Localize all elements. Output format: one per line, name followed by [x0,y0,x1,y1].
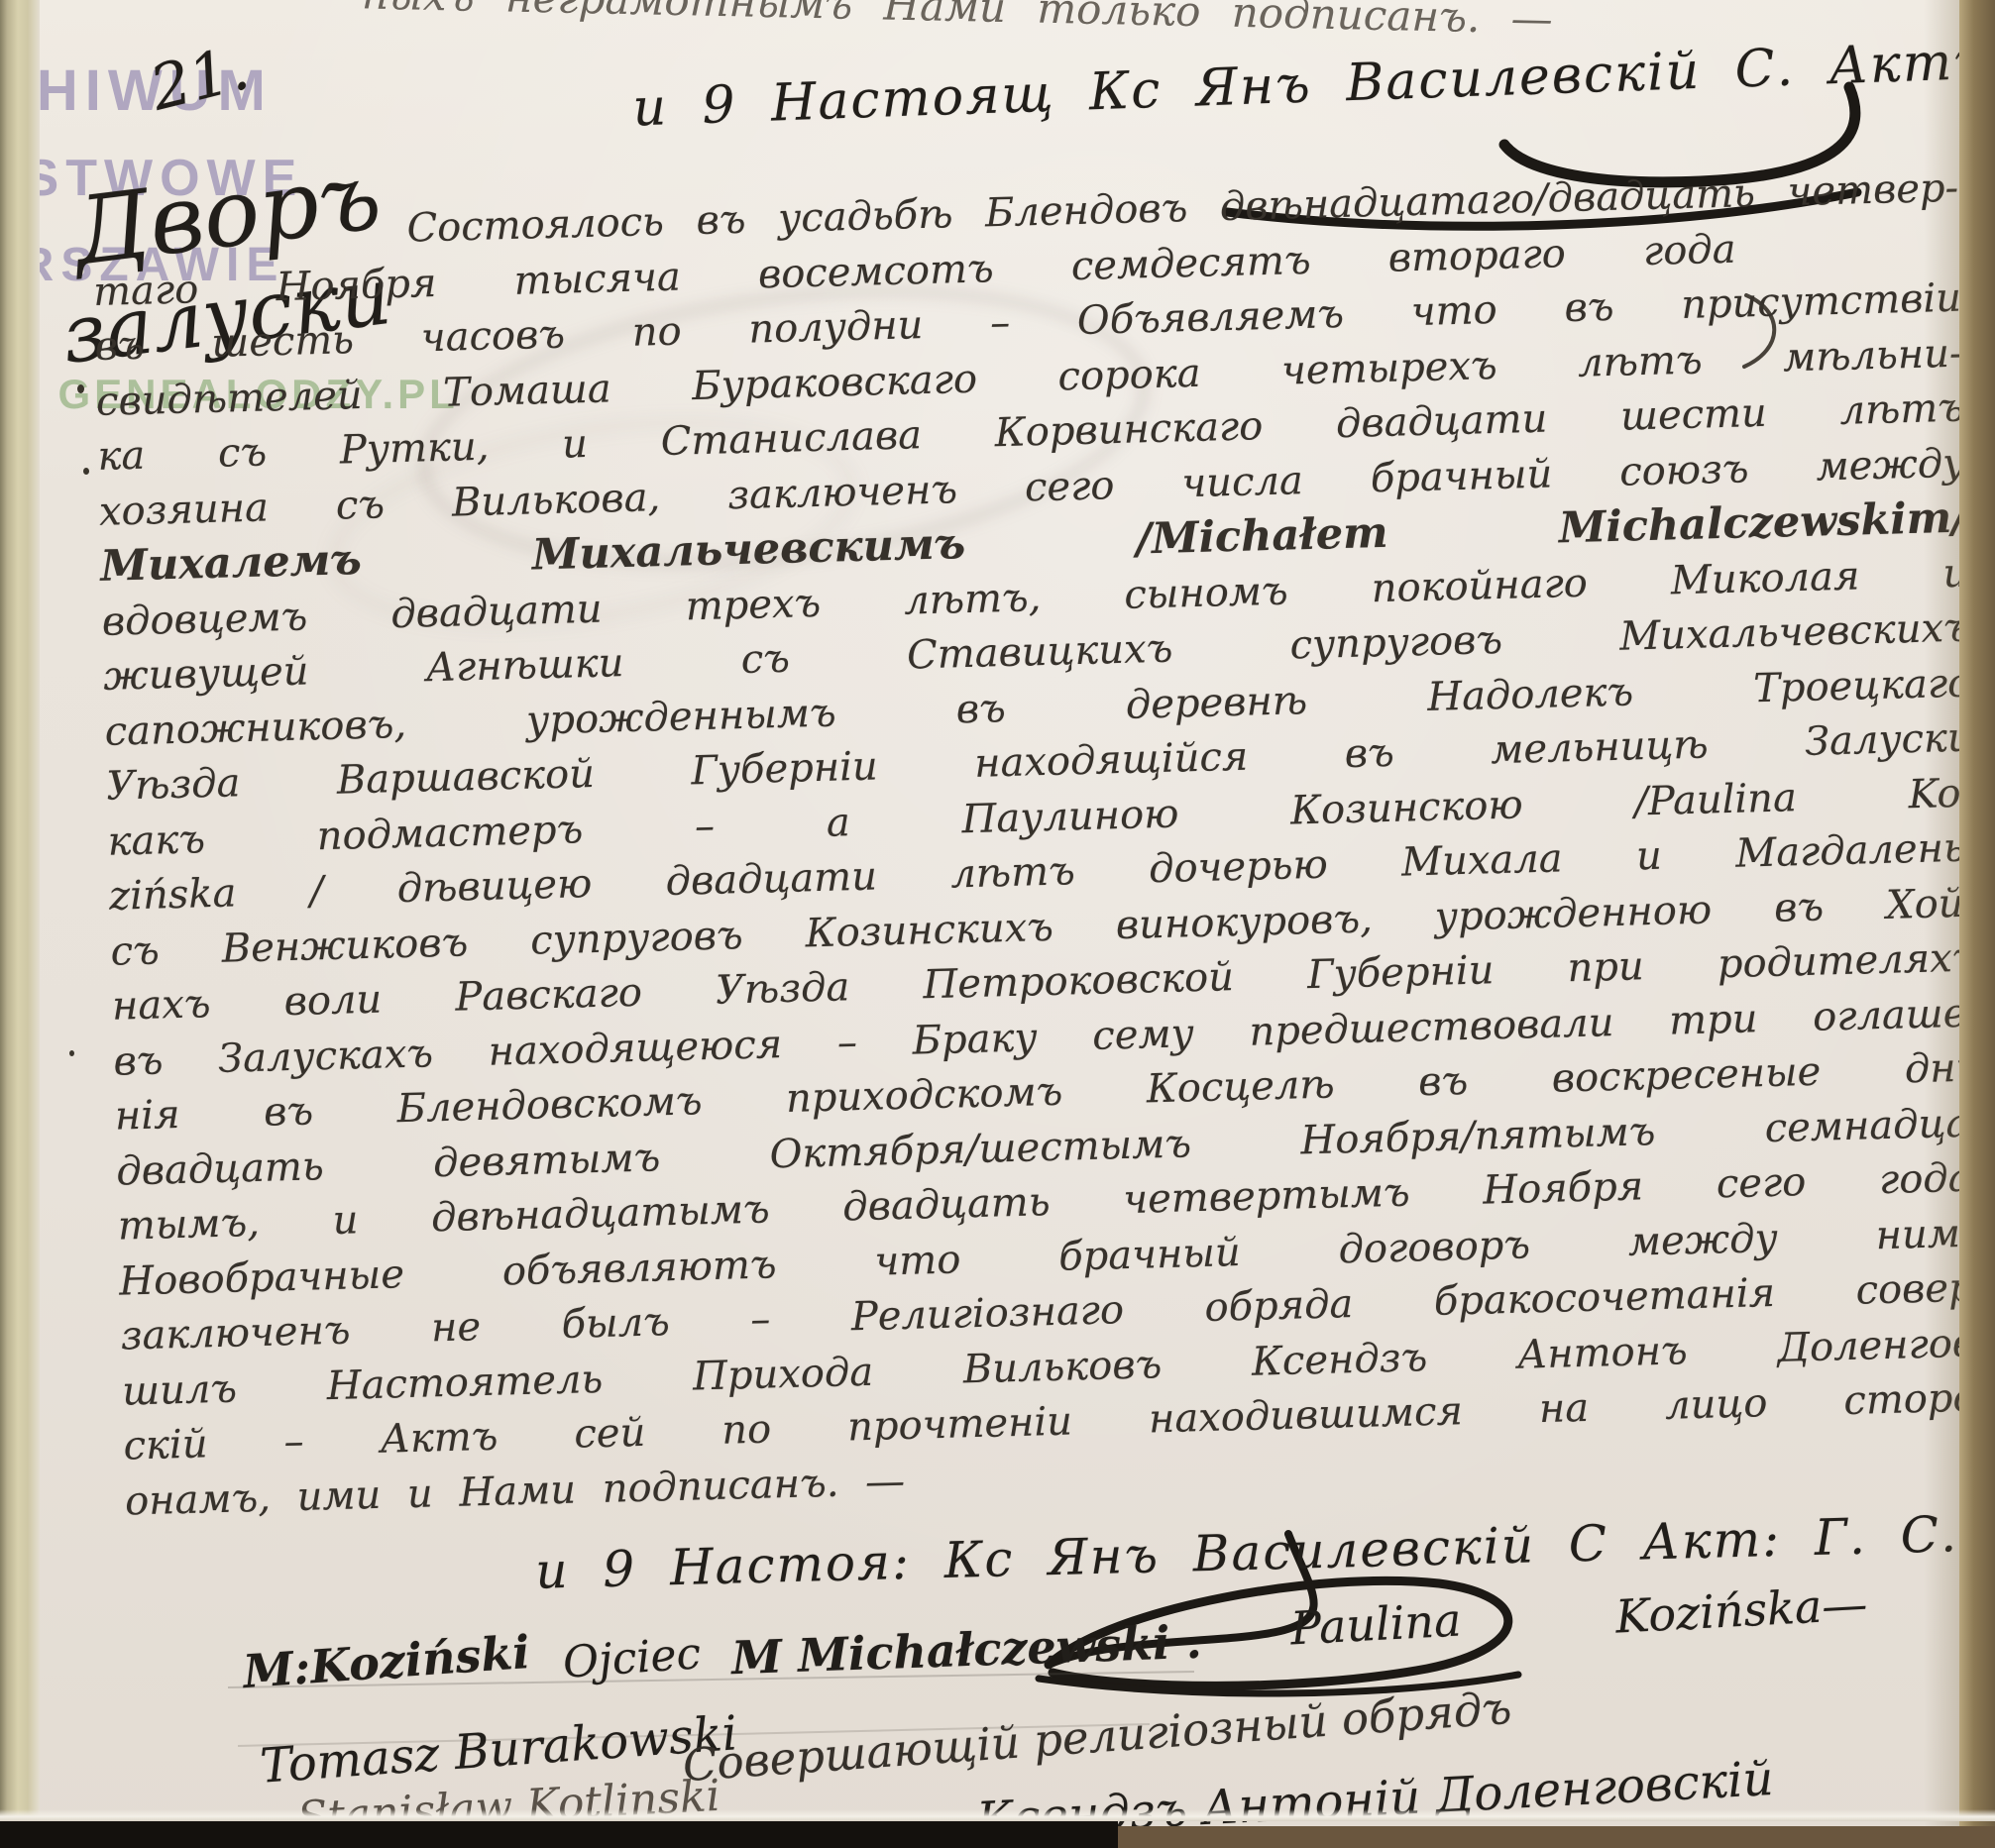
ink-speck [77,384,84,393]
page-right-shadow [1924,0,1959,1848]
book-right-edge [1959,0,1995,1848]
scan-background-brown [1118,1826,1995,1848]
book-binding-edge [0,0,40,1848]
header-attestation: и 9 Настоящ Кс Янъ Василевскій С. Актъ. … [631,25,1995,139]
document-scan-page: CHIWUM ŃSTWOWE ARSZAWIE A GENEALODZY.PL … [0,0,1995,1848]
scan-background-dark [0,1821,1118,1848]
signature-bride-last: Kozińska— [1614,1576,1869,1643]
page-bottom-edge [0,1809,1995,1821]
signature-michalczewski: M Michałczewski . [730,1615,1202,1685]
ink-speck [83,468,89,475]
top-fragment-line: ныхъ неграмотнымъ Нами только подписанъ.… [362,0,1554,44]
signature-ojciec: Ojciec [561,1628,702,1688]
signature-kozinski: M:Koziński [241,1625,531,1698]
ink-speck [69,1050,74,1056]
act-body-text: Состоялось въ усадьбѣ Блендовъ двѣнадцат… [91,162,1992,1530]
signature-bride-first: Paulina [1289,1593,1463,1656]
